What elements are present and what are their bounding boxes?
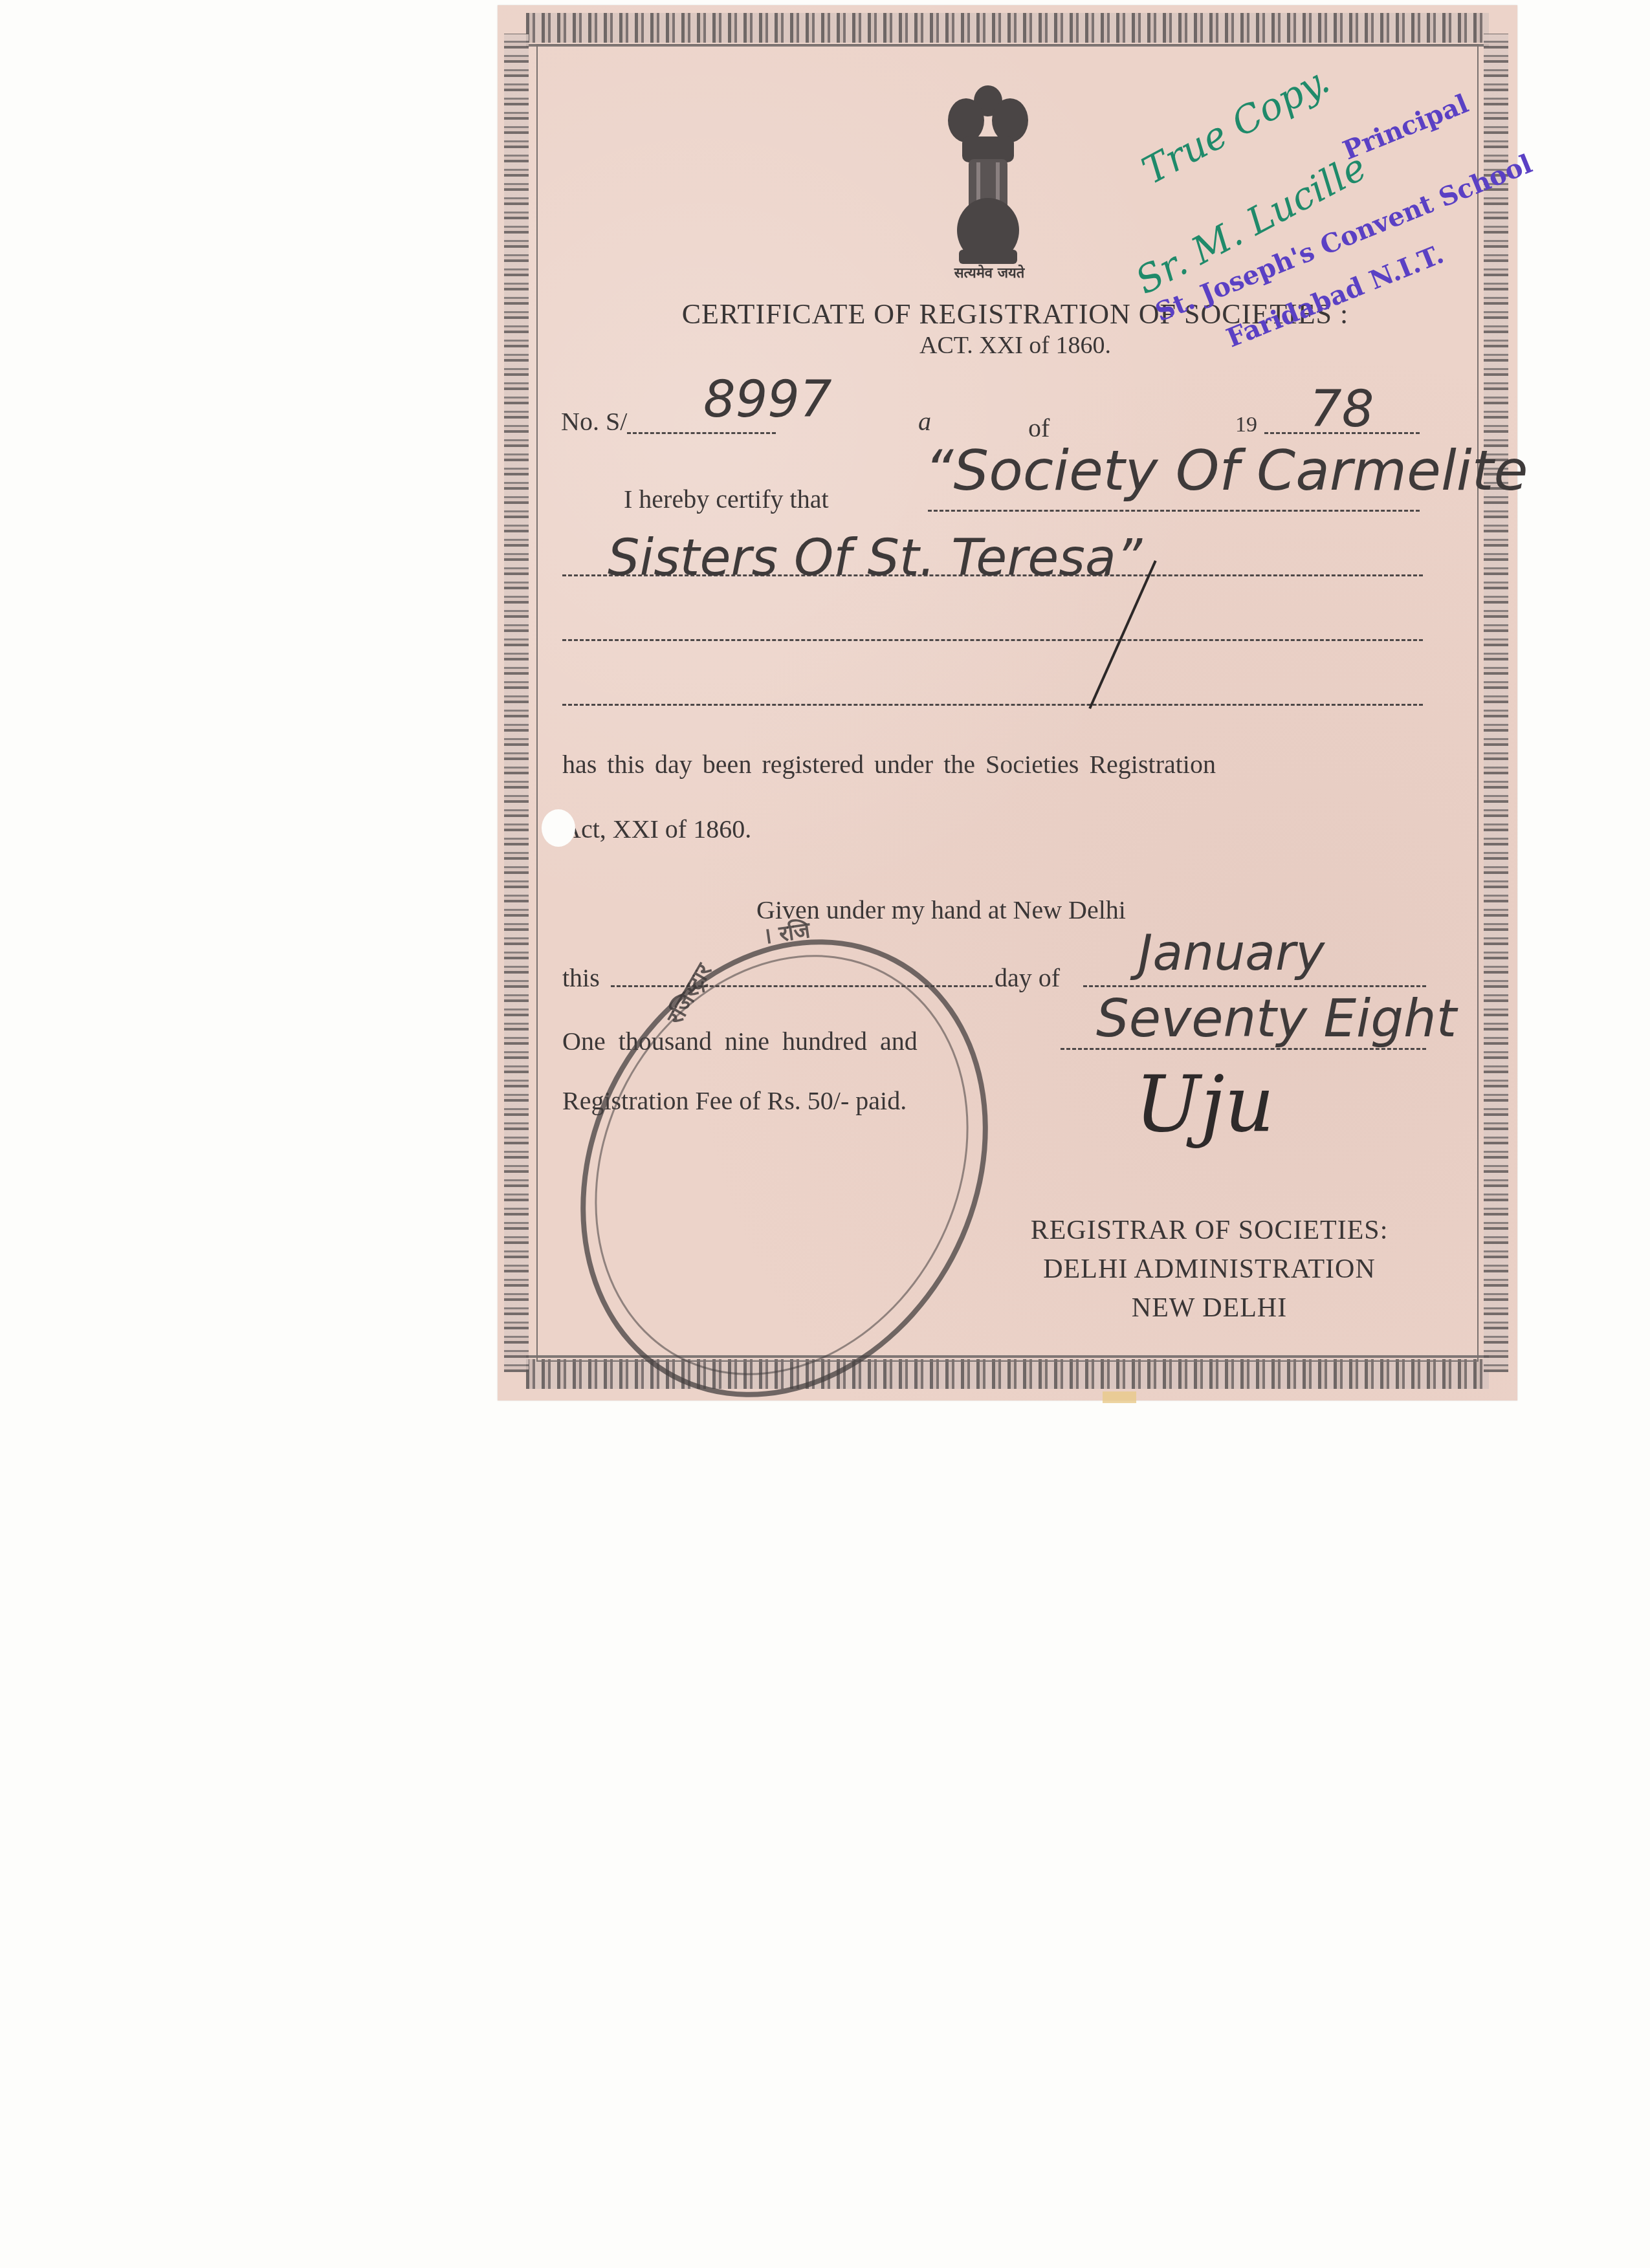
tape-residue (1103, 1391, 1136, 1403)
number-underline (627, 432, 776, 434)
day-of-label: day of (995, 963, 1060, 993)
act-text: Act, XXI of 1860. (562, 814, 751, 844)
decorative-border-right (1484, 34, 1508, 1372)
name-underline-4 (562, 704, 1423, 706)
emblem-motto: सत्यमेव जयते (925, 263, 1054, 282)
certificate-subtitle: ACT. XXI of 1860. (595, 331, 1436, 360)
certify-label: I hereby certify that (624, 484, 829, 514)
society-name-line1: “Society Of Carmelite (925, 439, 1528, 503)
society-name-line2: Sisters Of St. Teresa” (608, 529, 1142, 587)
certificate-paper: सत्यमेव जयते CERTIFICATE OF REGISTRATION… (498, 5, 1517, 1401)
given-text: Given under my hand at New Delhi (756, 895, 1126, 925)
official-seal-inner-ring (523, 889, 1040, 1441)
of-mark: a (918, 406, 931, 437)
name-underline-1 (928, 510, 1420, 512)
year-prefix: 19 (1235, 413, 1257, 437)
month-underline (1083, 985, 1426, 987)
stamp-principal: Principal (1339, 89, 1473, 166)
registrar-title-line3: NEW DELHI (951, 1292, 1468, 1324)
number-label: No. S/ (561, 406, 627, 437)
year-words-value: Seventy Eight (1096, 988, 1457, 1049)
lion-capital-emblem-icon (943, 75, 1033, 269)
name-underline-3 (562, 639, 1423, 641)
punch-hole (542, 809, 575, 847)
this-label: this (562, 963, 600, 993)
registered-text: has this day been registered under the S… (562, 749, 1216, 780)
registration-number: 8997 (703, 371, 832, 429)
year-value: 78 (1310, 380, 1374, 439)
registrar-title-line1: REGISTRAR OF SOCIETIES: (951, 1215, 1468, 1246)
registrar-signature: Uju (1135, 1060, 1275, 1150)
registrar-title-line2: DELHI ADMINISTRATION (951, 1254, 1468, 1285)
month-value: January (1138, 924, 1325, 981)
decorative-border-top (526, 13, 1489, 43)
decorative-border-left (504, 34, 529, 1372)
